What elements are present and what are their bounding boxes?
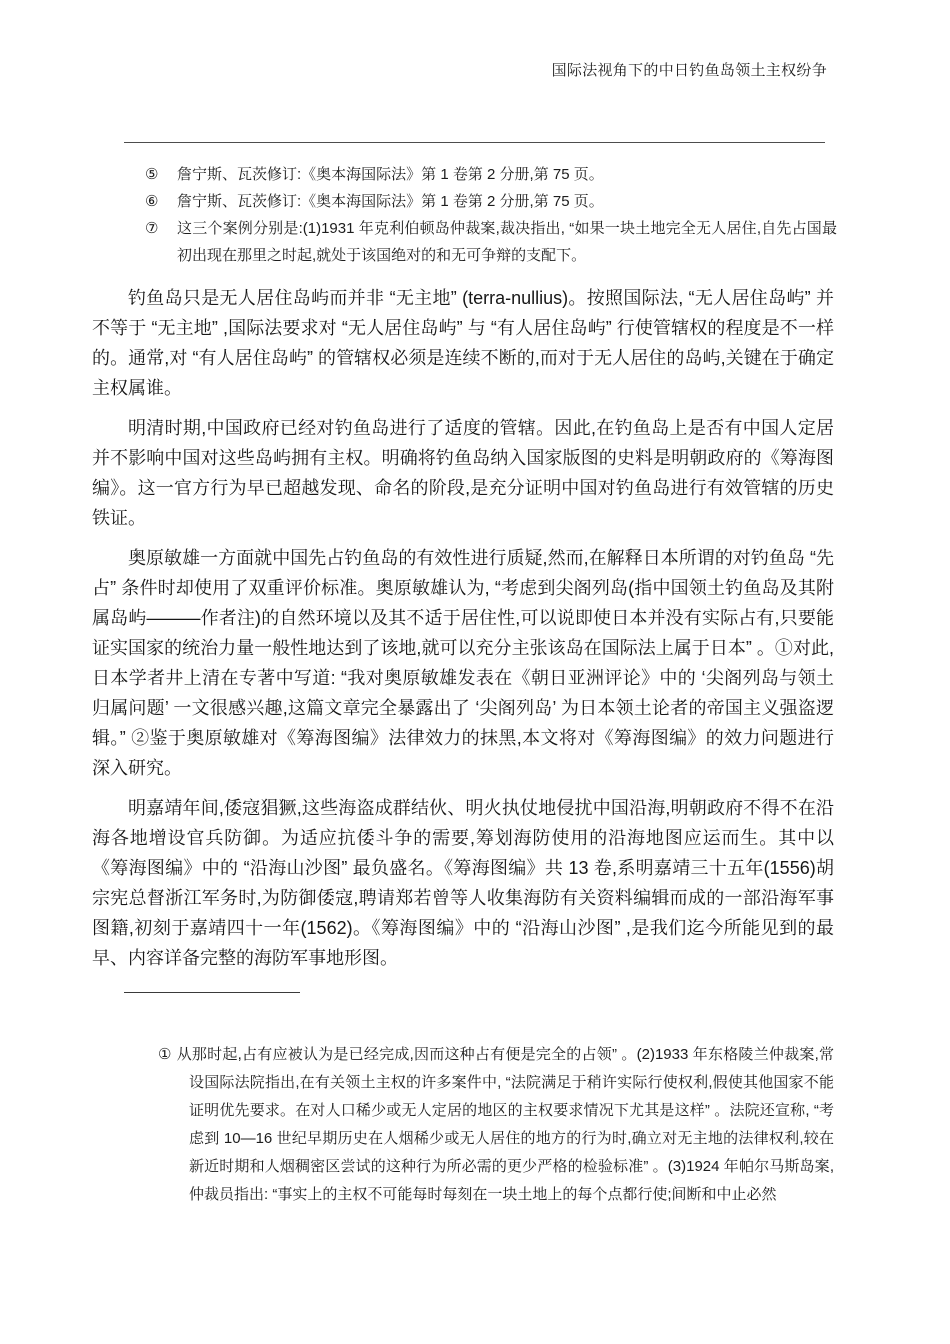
footnote-text: 这三个案例分别是:(1)1931 年克利伯顿岛仲裁案,裁决指出, “如果一块土地… — [177, 215, 837, 269]
footnote-item: ⑦ 这三个案例分别是:(1)1931 年克利伯顿岛仲裁案,裁决指出, “如果一块… — [145, 215, 837, 269]
footnote-text: 从那时起,占有应被认为是已经完成,因而这种占有便是完全的占领” 。(2)1933… — [177, 1046, 834, 1203]
header-rule — [124, 142, 825, 143]
footnote-item: ⑤ 詹宁斯、瓦茨修订:《奥本海国际法》第 1 卷第 2 分册,第 75 页。 — [145, 161, 837, 188]
footnote-text: 詹宁斯、瓦茨修订:《奥本海国际法》第 1 卷第 2 分册,第 75 页。 — [177, 161, 837, 188]
footnote-separator-rule — [124, 992, 300, 993]
top-footnotes: ⑤ 詹宁斯、瓦茨修订:《奥本海国际法》第 1 卷第 2 分册,第 75 页。 ⑥… — [145, 161, 837, 269]
footnote-item: ⑥ 詹宁斯、瓦茨修订:《奥本海国际法》第 1 卷第 2 分册,第 75 页。 — [145, 188, 837, 215]
running-head-title: 国际法视角下的中日钓鱼岛领土主权纷争 — [552, 59, 827, 80]
footnote-marker: ⑤ — [145, 161, 177, 188]
footnote-text: 詹宁斯、瓦茨修订:《奥本海国际法》第 1 卷第 2 分册,第 75 页。 — [177, 188, 837, 215]
footnote-item: ①从那时起,占有应被认为是已经完成,因而这种占有便是完全的占领” 。(2)193… — [158, 1041, 834, 1209]
body-text: 钓鱼岛只是无人居住岛屿而并非 “无主地” (terra-nullius)。按照国… — [92, 283, 834, 983]
body-paragraph: 钓鱼岛只是无人居住岛屿而并非 “无主地” (terra-nullius)。按照国… — [92, 283, 834, 403]
body-paragraph: 明嘉靖年间,倭寇猖獗,这些海盗成群结伙、明火执仗地侵扰中国沿海,明朝政府不得不在… — [92, 793, 834, 973]
footnote-marker: ⑥ — [145, 188, 177, 215]
footnote-marker: ① — [158, 1046, 172, 1063]
body-paragraph: 明清时期,中国政府已经对钓鱼岛进行了适度的管辖。因此,在钓鱼岛上是否有中国人定居… — [92, 413, 834, 533]
bottom-footnotes: ①从那时起,占有应被认为是已经完成,因而这种占有便是完全的占领” 。(2)193… — [158, 1041, 834, 1209]
body-paragraph: 奥原敏雄一方面就中国先占钓鱼岛的有效性进行质疑,然而,在解释日本所谓的对钓鱼岛 … — [92, 543, 834, 783]
footnote-marker: ⑦ — [145, 215, 177, 269]
document-page: 国际法视角下的中日钓鱼岛领土主权纷争 ⑤ 詹宁斯、瓦茨修订:《奥本海国际法》第 … — [0, 0, 950, 1344]
